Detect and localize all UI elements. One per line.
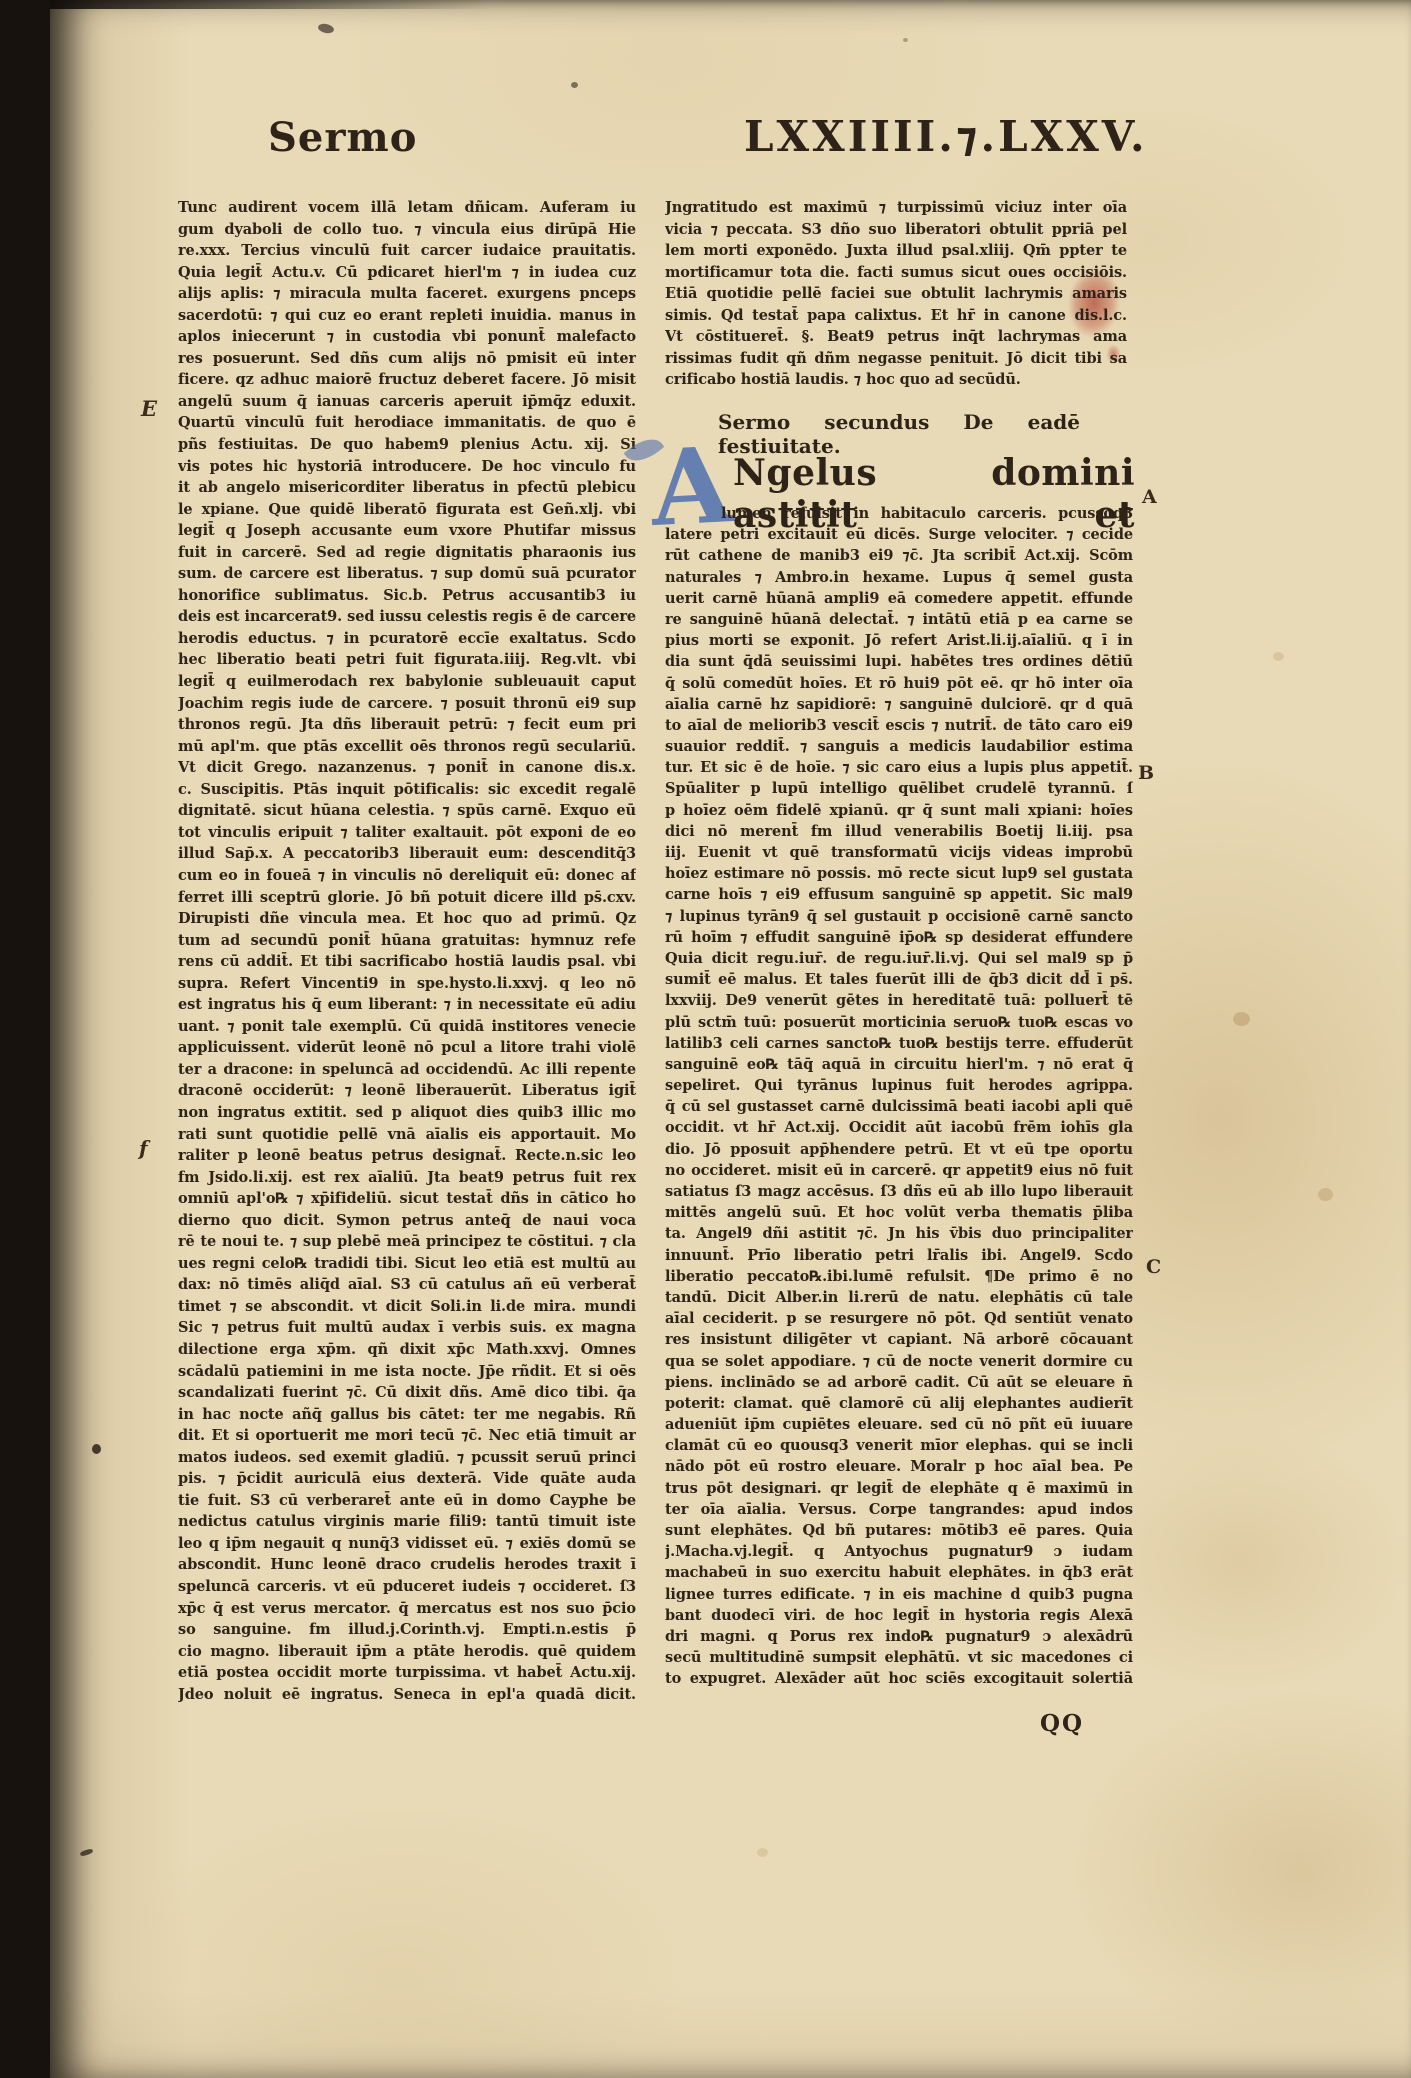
left-text-column: Tunc audirent vocem illā letam dñicam. A…	[178, 197, 636, 1705]
text-line: vicia ⁊ peccata. S3 dño suo liberatori o…	[665, 219, 1127, 241]
text-line: satiatus ſ3 magz accēsus. ſ3 dñs eū ab i…	[665, 1181, 1133, 1202]
text-line: tot vinculis eripuit ⁊ taliter exaltauit…	[178, 822, 636, 844]
text-line: aplos iniecerunt ⁊ in custodia vbi ponun…	[178, 326, 636, 348]
text-line: ficere. qz adhuc maiorē fructuz deberet …	[178, 369, 636, 391]
text-line: re.xxx. Tercius vinculū fuit carcer iuda…	[178, 240, 636, 262]
text-line: dierno quo dicit. Symon petrus anteq̄ de…	[178, 1210, 636, 1232]
text-line: uant. ⁊ ponit tale exemplū. Cū quidā ins…	[178, 1016, 636, 1038]
text-line: Jngratitudo est maximū ⁊ turpissimū vici…	[665, 197, 1127, 219]
text-line: Spūaliter p lupū intelligo quēlibet crud…	[665, 778, 1133, 799]
foxing-spot	[1233, 1012, 1250, 1026]
text-line: crificabo hostiā laudis. ⁊ hoc quo ad se…	[665, 369, 1127, 391]
text-line: Sic ⁊ petrus fuit multū audax ī verbis s…	[178, 1317, 636, 1339]
text-line: fm Jsido.li.xij. est rex aīaliū. Jta bea…	[178, 1167, 636, 1189]
text-line: leo q ip̄m negauit q nunq̄3 vidisset eū.…	[178, 1533, 636, 1555]
text-line: etiā postea occidit morte turpissima. vt…	[178, 1662, 636, 1684]
text-line: rē te noui te. ⁊ sup plebē meā principez…	[178, 1231, 636, 1253]
margin-mark-left-1: E	[141, 396, 157, 421]
text-line: ues regni celo℞ tradidi tibi. Sicut leo …	[178, 1253, 636, 1275]
text-line: tum ad secundū ponit̄ hūana gratuitas: h…	[178, 930, 636, 952]
text-line: omniū apl'o℞ ⁊ xp̄ifideliū. sicut testat…	[178, 1188, 636, 1210]
foxing-spot	[1273, 652, 1284, 661]
margin-mark-right-c: C	[1146, 1256, 1161, 1278]
text-line: herodis eductus. ⁊ in pcuratorē eccīe ex…	[178, 628, 636, 650]
text-line: dilectione erga xp̄m. qñ dixit xp̄c Math…	[178, 1339, 636, 1361]
text-line: uerit carnē hūanā ampli9 eā comedere app…	[665, 588, 1133, 609]
text-line: c. Suscipitis. Ptās inquit pōtificalis: …	[178, 779, 636, 801]
text-line: ter a dracone: in speluncā ad occidendū.…	[178, 1059, 636, 1081]
text-line: xp̄c q̄ est verus mercator. q̄ mercatus …	[178, 1598, 636, 1620]
text-line: ter oīa aīalia. Versus. Corpe tangrandes…	[665, 1499, 1133, 1520]
text-line: sum. de carcere est liberatus. ⁊ sup dom…	[178, 563, 636, 585]
text-line: timet ⁊ se abscondit. vt dicit Soli.in l…	[178, 1296, 636, 1318]
text-line: dax: nō timēs aliq̄d aīal. S3 cū catulus…	[178, 1274, 636, 1296]
text-line: cio magno. liberauit ip̄m a ptāte herodi…	[178, 1641, 636, 1663]
text-line: innuunt̄. Prīo liberatio petri lr̄alis i…	[665, 1245, 1133, 1266]
foxing-spot	[757, 1848, 768, 1857]
text-line: fuit in carcerē. Sed ad regie dignitatis…	[178, 542, 636, 564]
text-line: to expugret. Alexāder aūt hoc sciēs exco…	[665, 1668, 1133, 1689]
text-line: lxxviij. De9 venerūt gētes in hereditatē…	[665, 990, 1133, 1011]
text-line: Etiā quotidie pellē faciei sue obtulit l…	[665, 283, 1127, 305]
margin-ink-dot	[92, 1444, 101, 1454]
text-line: Dirupisti dñe vincula mea. Et hoc quo ad…	[178, 908, 636, 930]
text-line: plū sctm̄ tuū: posuerūt morticinia seruo…	[665, 1012, 1133, 1033]
text-line: tandū. Dicit Alber.in li.rerū de natu. e…	[665, 1287, 1133, 1308]
text-line: thronos regū. Jta dñs liberauit petrū: ⁊…	[178, 714, 636, 736]
text-line: Quia legit̄ Actu.v. Cū pdicaret hierl'm …	[178, 262, 636, 284]
text-line: it ab angelo misericorditer liberatus in…	[178, 477, 636, 499]
text-line: adueniūt ip̄m cupiētes eleuare. sed cū n…	[665, 1414, 1133, 1435]
text-line: tie fuit. S3 cū verberaret̄ ante eū in d…	[178, 1490, 636, 1512]
text-line: honorifice sublimatus. Sic.b. Petrus acc…	[178, 585, 636, 607]
text-line: nādo pōt eū rostro eleuare. Moralr p hoc…	[665, 1456, 1133, 1477]
text-line: naturales ⁊ Ambro.in hexame. Lupus q̄ se…	[665, 567, 1133, 588]
text-line: latilib3 celi carnes sancto℞ tuo℞ bestij…	[665, 1033, 1133, 1054]
quire-signature: QQ	[1040, 1710, 1084, 1737]
text-line: Quia dicit regu.iur̄. de regu.iur̄.li.vj…	[665, 948, 1133, 969]
text-line: sanguinē eo℞ tāq̄ aquā in circuitu hierl…	[665, 1054, 1133, 1075]
text-line: speluncā carceris. vt eū pduceret iudeis…	[178, 1576, 636, 1598]
text-line: dio. Jō pposuit app̄hendere petrū. Et vt…	[665, 1139, 1133, 1160]
text-line: bant duodecī viri. de hoc legit̄ in hyst…	[665, 1605, 1133, 1626]
text-line: res posuerunt. Sed dñs cum alijs nō pmis…	[178, 348, 636, 370]
text-line: lignee turres edificate. ⁊ in eis machin…	[665, 1584, 1133, 1605]
text-line: mittēs angelū suū. Et hoc volūt verba th…	[665, 1202, 1133, 1223]
text-line: machabeū in suo exercitu habuit elephāte…	[665, 1562, 1133, 1583]
text-line: dri magni. q Porus rex indo℞ pugnatur9 ɔ…	[665, 1626, 1133, 1647]
text-line: lem morti exponēdo. Juxta illud psal.xli…	[665, 240, 1127, 262]
text-line: legit̄ q euilmerodach rex babylonie subl…	[178, 671, 636, 693]
right-text-column-intro: Jngratitudo est maximū ⁊ turpissimū vici…	[665, 197, 1127, 391]
text-line: alijs aplis: ⁊ miracula multa faceret. e…	[178, 283, 636, 305]
text-line: p hoīez oēm fidelē xpianū. qr q̄ sunt ma…	[665, 800, 1133, 821]
foxing-spot	[988, 932, 1001, 943]
text-line: carne hoīs ⁊ ei9 effusum sanguinē sp app…	[665, 884, 1133, 905]
text-line: scādalū patiemini in me ista nocte. Jp̄e…	[178, 1361, 636, 1383]
text-line: simis. Qd testat̄ papa calixtus. Et hr̄ …	[665, 305, 1127, 327]
text-line: illud Sap̄.x. A peccatorib3 liberauit eu…	[178, 843, 636, 865]
text-line: rens cū addit̄. Et tibi sacrificabo host…	[178, 951, 636, 973]
text-line: supra. Refert Vincenti9 in spe.hysto.li.…	[178, 973, 636, 995]
text-line: ta. Angel9 dñi astitit ⁊c̄. Jn his v̄bis…	[665, 1223, 1133, 1244]
text-line: sumit̄ eē malus. Et tales fuerūt illi de…	[665, 969, 1133, 990]
foxing-spot	[1318, 1188, 1333, 1201]
text-line: aīal ceciderit. p se resurgere nō pōt. Q…	[665, 1308, 1133, 1329]
ink-speck	[903, 38, 908, 42]
text-line: rūt cathene de manib3 ei9 ⁊c̄. Jta scrib…	[665, 545, 1133, 566]
sermon-rubric: Sermo secundus De eadē festiuitate.	[718, 410, 1080, 458]
scan-top-shadow	[50, 0, 490, 9]
text-line: scandalizati fuerint ⁊c̄. Cū dixit dñs. …	[178, 1382, 636, 1404]
text-line: so sanguine. fm illud.j.Corinth.vj. Empt…	[178, 1619, 636, 1641]
text-line: latere petri excitauit eū dicēs. Surge v…	[665, 524, 1133, 545]
text-line: hec liberatio beati petri fuit figurata.…	[178, 649, 636, 671]
text-line: hoīez estimare nō possis. mō recte sicut…	[665, 863, 1133, 884]
text-line: mū apl'm. que ptās excellit oēs thronos …	[178, 736, 636, 758]
text-line: Jdeo noluit eē ingratus. Seneca in epl'a…	[178, 1684, 636, 1706]
text-line: dici nō merent̄ fm illud venerabilis Boe…	[665, 821, 1133, 842]
text-line: re sanguinē hūanā delectat̄. ⁊ intātū et…	[665, 609, 1133, 630]
text-line: sunt elephātes. Qd bñ putares: mōtib3 eē…	[665, 1520, 1133, 1541]
text-line: secū multitudinē sumpsit elephātū. vt si…	[665, 1647, 1133, 1668]
text-line: sepeliret. Qui tyrānus lupinus fuit hero…	[665, 1075, 1133, 1096]
text-line: lumen refulsit in habitaculo carceris. p…	[665, 503, 1133, 524]
right-text-column-body: lumen refulsit in habitaculo carceris. p…	[665, 503, 1133, 1690]
text-line: j.Macha.vj.legit̄. q Antyochus pugnatur9…	[665, 1541, 1133, 1562]
text-line: res insistunt diligēter vt capiant. Nā a…	[665, 1329, 1133, 1350]
text-line: gum dyaboli de collo tuo. ⁊ vincula eius…	[178, 219, 636, 241]
text-line: vis potes hic hystoriā introducere. De h…	[178, 456, 636, 478]
text-line: Joachim regis iude de carcere. ⁊ posuit …	[178, 693, 636, 715]
text-line: abscondit. Hunc leonē draco crudelis her…	[178, 1554, 636, 1576]
text-line: raliter p leonē beatus petrus designat̄.…	[178, 1145, 636, 1167]
ink-speck	[571, 82, 578, 88]
text-line: q̄ cū sel gustasset carnē dulcissimā bea…	[665, 1096, 1133, 1117]
text-line: rati sunt quotidie pellē vnā aīalis eis …	[178, 1124, 636, 1146]
text-line: mortificamur tota die. facti sumus sicut…	[665, 262, 1127, 284]
text-line: nedictus catulus virginis marie fili9: t…	[178, 1511, 636, 1533]
text-line: clamāt cū eo quousq3 venerit mīor elepha…	[665, 1435, 1133, 1456]
text-line: rū hoīm ⁊ effudit sanguinē ip̄o℞ sp desi…	[665, 927, 1133, 948]
margin-mark-right-a: A	[1142, 486, 1157, 508]
text-line: legit̄ q Joseph accusante eum vxore Phut…	[178, 520, 636, 542]
text-line: rissimas fudit qñ dñm negasse penituit. …	[665, 348, 1127, 370]
text-line: dit. Et si oportuerit me mori tecū ⁊c̄. …	[178, 1425, 636, 1447]
text-line: piens. inclinādo se ad arborē cadit. Cū …	[665, 1372, 1133, 1393]
text-line: draconē occiderūt: ⁊ leonē liberauerūt. …	[178, 1080, 636, 1102]
scanned-incunabulum-page: { "page_header": { "left_title": "Sermo"…	[0, 0, 1411, 2078]
text-line: applicuissent. viderūt leonē nō pcul a l…	[178, 1037, 636, 1059]
text-line: to aīal de meliorib3 vescit̄ escis ⁊ nut…	[665, 715, 1133, 736]
text-line: aīalia carnē hz sapidiorē: ⁊ sanguinē du…	[665, 694, 1133, 715]
text-line: liberatio peccato℞.ibi.lumē refulsit. ¶D…	[665, 1266, 1133, 1287]
margin-mark-left-2: f	[139, 1136, 148, 1160]
text-line: cum eo in foueā ⁊ in vinculis nō dereliq…	[178, 865, 636, 887]
text-line: ferret illi sceptrū glorie. Jō bñ potuit…	[178, 887, 636, 909]
text-line: le xpiane. Que quidē liberatō figurata e…	[178, 499, 636, 521]
text-line: est ingratus his q̄ eum liberant: ⁊ in n…	[178, 994, 636, 1016]
text-line: dignitatē. sicut hūana celestia. ⁊ spūs …	[178, 800, 636, 822]
text-line: ⁊ lupinus tyrān9 q̄ sel gustauit p occis…	[665, 906, 1133, 927]
text-line: Vt cōstitueret̄. §. Beat9 petrus inq̄t l…	[665, 326, 1127, 348]
text-line: Tunc audirent vocem illā letam dñicam. A…	[178, 197, 636, 219]
text-line: q̄ solū comedūt hoīes. Et rō hui9 pōt eē…	[665, 673, 1133, 694]
text-line: deis est incarcerat9. sed iussu celestis…	[178, 606, 636, 628]
text-line: pis. ⁊ p̄cidit auriculā eius dexterā. Vi…	[178, 1468, 636, 1490]
text-line: suauior reddit̄. ⁊ sanguis a medicis lau…	[665, 736, 1133, 757]
text-line: sacerdotū: ⁊ qui cuz eo erant repleti in…	[178, 305, 636, 327]
running-title-right: LXXIIII.⁊.LXXV.	[744, 112, 1148, 161]
text-line: no occideret. misit eū in carcerē. qr ap…	[665, 1160, 1133, 1181]
text-line: poterit: clamat. quē clamorē cū alij ele…	[665, 1393, 1133, 1414]
text-line: dia sunt q̄dā seuissimi lupi. habētes tr…	[665, 651, 1133, 672]
text-line: occidit. vt hr̄ Act.xij. Occidit aūt iac…	[665, 1117, 1133, 1138]
text-line: trus pōt designari. qr legit̄ de elephāt…	[665, 1478, 1133, 1499]
text-line: Quartū vinculū fuit herodiace immanitati…	[178, 412, 636, 434]
running-title-left: Sermo	[268, 114, 417, 161]
text-line: tur. Et sic ē de hoīe. ⁊ sic caro eius a…	[665, 757, 1133, 778]
text-line: pius morti se exponit. Jō refert Arist.l…	[665, 630, 1133, 651]
text-line: non ingratus extitit. sed p aliquot dies…	[178, 1102, 636, 1124]
margin-mark-right-b: B	[1138, 762, 1154, 784]
text-line: in hac nocte añq̄ gallus bis cātet: ter …	[178, 1404, 636, 1426]
text-line: angelū suum q̄ ianuas carceris aperuit i…	[178, 391, 636, 413]
text-line: Vt dicit Grego. nazanzenus. ⁊ ponit̄ in …	[178, 757, 636, 779]
text-line: iij. Euenit vt quē transformatū vicijs v…	[665, 842, 1133, 863]
text-line: pñs festiuitas. De quo habem9 plenius Ac…	[178, 434, 636, 456]
text-line: matos iudeos. sed exemit gladiū. ⁊ pcuss…	[178, 1447, 636, 1469]
text-line: qua se solet appodiare. ⁊ cū de nocte ve…	[665, 1351, 1133, 1372]
